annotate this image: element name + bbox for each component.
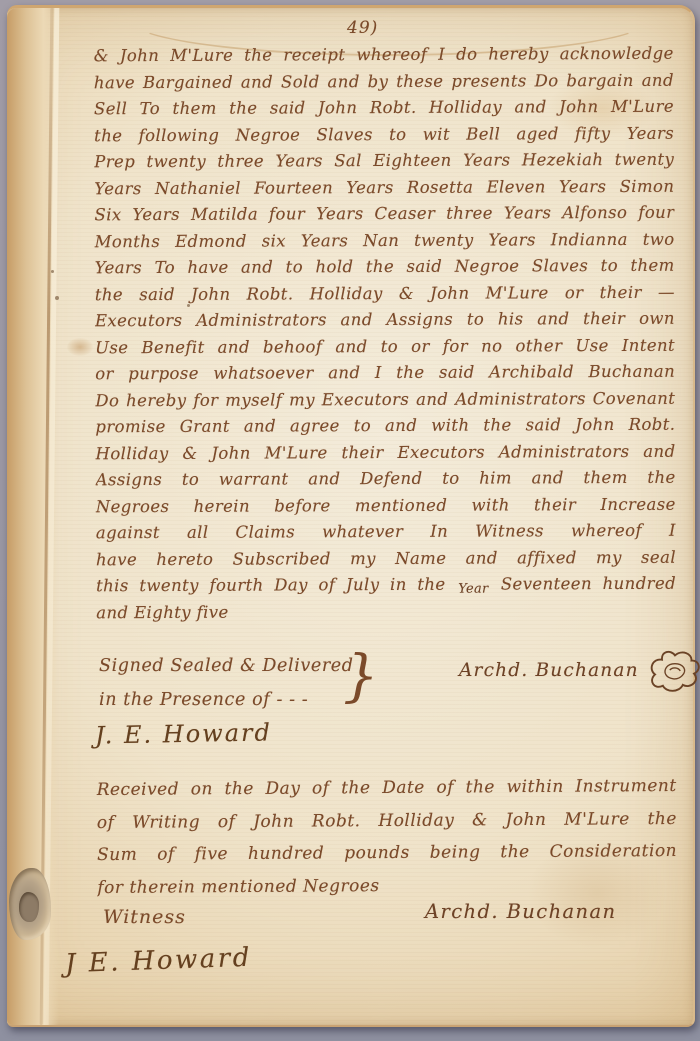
- manuscript-line: & John M'Lure the receipt whereof I do h…: [94, 41, 674, 70]
- deed-body-text: & John M'Lure the receipt whereof I do h…: [94, 41, 677, 627]
- howard-signature: J E. Howard: [65, 943, 253, 980]
- manuscript-closing-line: and Eighty five: [96, 597, 676, 626]
- receipt-line: Sum of five hundred pounds being the Con…: [97, 835, 677, 872]
- page-number: 49): [347, 18, 378, 38]
- scan-background: 49) & John M'Lure the receipt whereof I …: [0, 0, 700, 1041]
- manuscript-line: Prep twenty three Years Sal Eighteen Yea…: [94, 147, 674, 176]
- stitch-mark: [55, 296, 59, 300]
- manuscript-line-with-insertion: this twenty fourth Day of July in the Ye…: [96, 571, 676, 600]
- manuscript-line: Years To have and to hold the said Negro…: [95, 253, 675, 282]
- manuscript-line: Sell To them the said John Robt. Hollida…: [94, 94, 674, 123]
- line-text-post: Seventeen hundred: [501, 574, 676, 594]
- manuscript-line: the following Negroe Slaves to wit Bell …: [94, 120, 674, 149]
- manuscript-line: have Bargained and Sold and by these pre…: [94, 67, 674, 96]
- manuscript-line: Executors Administrators and Assigns to …: [95, 306, 675, 335]
- manuscript-line: have hereto Subscribed my Name and affix…: [96, 544, 676, 573]
- manuscript-line: Use Benefit and behoof and to or for no …: [95, 332, 675, 361]
- witness-label: Witness: [103, 906, 186, 928]
- manuscript-line: promise Grant and agree to and with the …: [95, 412, 675, 441]
- attestation-line: Signed Sealed & Delivered: [99, 656, 354, 676]
- manuscript-line: Years Nathaniel Fourteen Years Rosetta E…: [94, 173, 674, 202]
- buchanan-signature: Archd. Buchanan: [459, 660, 639, 681]
- paper-stain: [67, 338, 93, 356]
- manuscript-line: Holliday & John M'Lure their Executors A…: [95, 438, 675, 467]
- manuscript-line: Months Edmond six Years Nan twenty Years…: [95, 226, 675, 255]
- manuscript-line: the said John Robt. Holliday & John M'Lu…: [95, 279, 675, 308]
- howard-signature: J. E. Howard: [95, 718, 272, 749]
- brace-mark: }: [343, 644, 379, 709]
- receipt-line: for therein mentioned Negroes: [97, 867, 677, 904]
- manuscript-line: Six Years Matilda four Years Ceaser thre…: [94, 200, 674, 229]
- manuscript-line: against all Claims whatever In Witness w…: [96, 518, 676, 547]
- manuscript-line: or purpose whatsoever and I the said Arc…: [95, 359, 675, 388]
- manuscript-page: 49) & John M'Lure the receipt whereof I …: [7, 5, 695, 1027]
- receipt-text: Received on the Day of the Date of the w…: [97, 770, 678, 904]
- manuscript-line: Assigns to warrant and Defend to him and…: [96, 465, 676, 494]
- seal-icon: [649, 648, 700, 694]
- buchanan-signature: Archd. Buchanan: [425, 900, 617, 923]
- receipt-line: of Writing of John Robt. Holliday & John…: [97, 802, 677, 839]
- attestation-line: in the Presence of - - -: [99, 690, 308, 710]
- manuscript-line: Negroes herein before mentioned with the…: [96, 491, 676, 520]
- receipt-line: Received on the Day of the Date of the w…: [97, 770, 677, 807]
- paper-hole-shadow: [19, 892, 39, 922]
- line-text-pre: this twenty fourth Day of July in the: [96, 575, 446, 596]
- stitch-mark: [51, 270, 54, 273]
- manuscript-line: Do hereby for myself my Executors and Ad…: [95, 385, 675, 414]
